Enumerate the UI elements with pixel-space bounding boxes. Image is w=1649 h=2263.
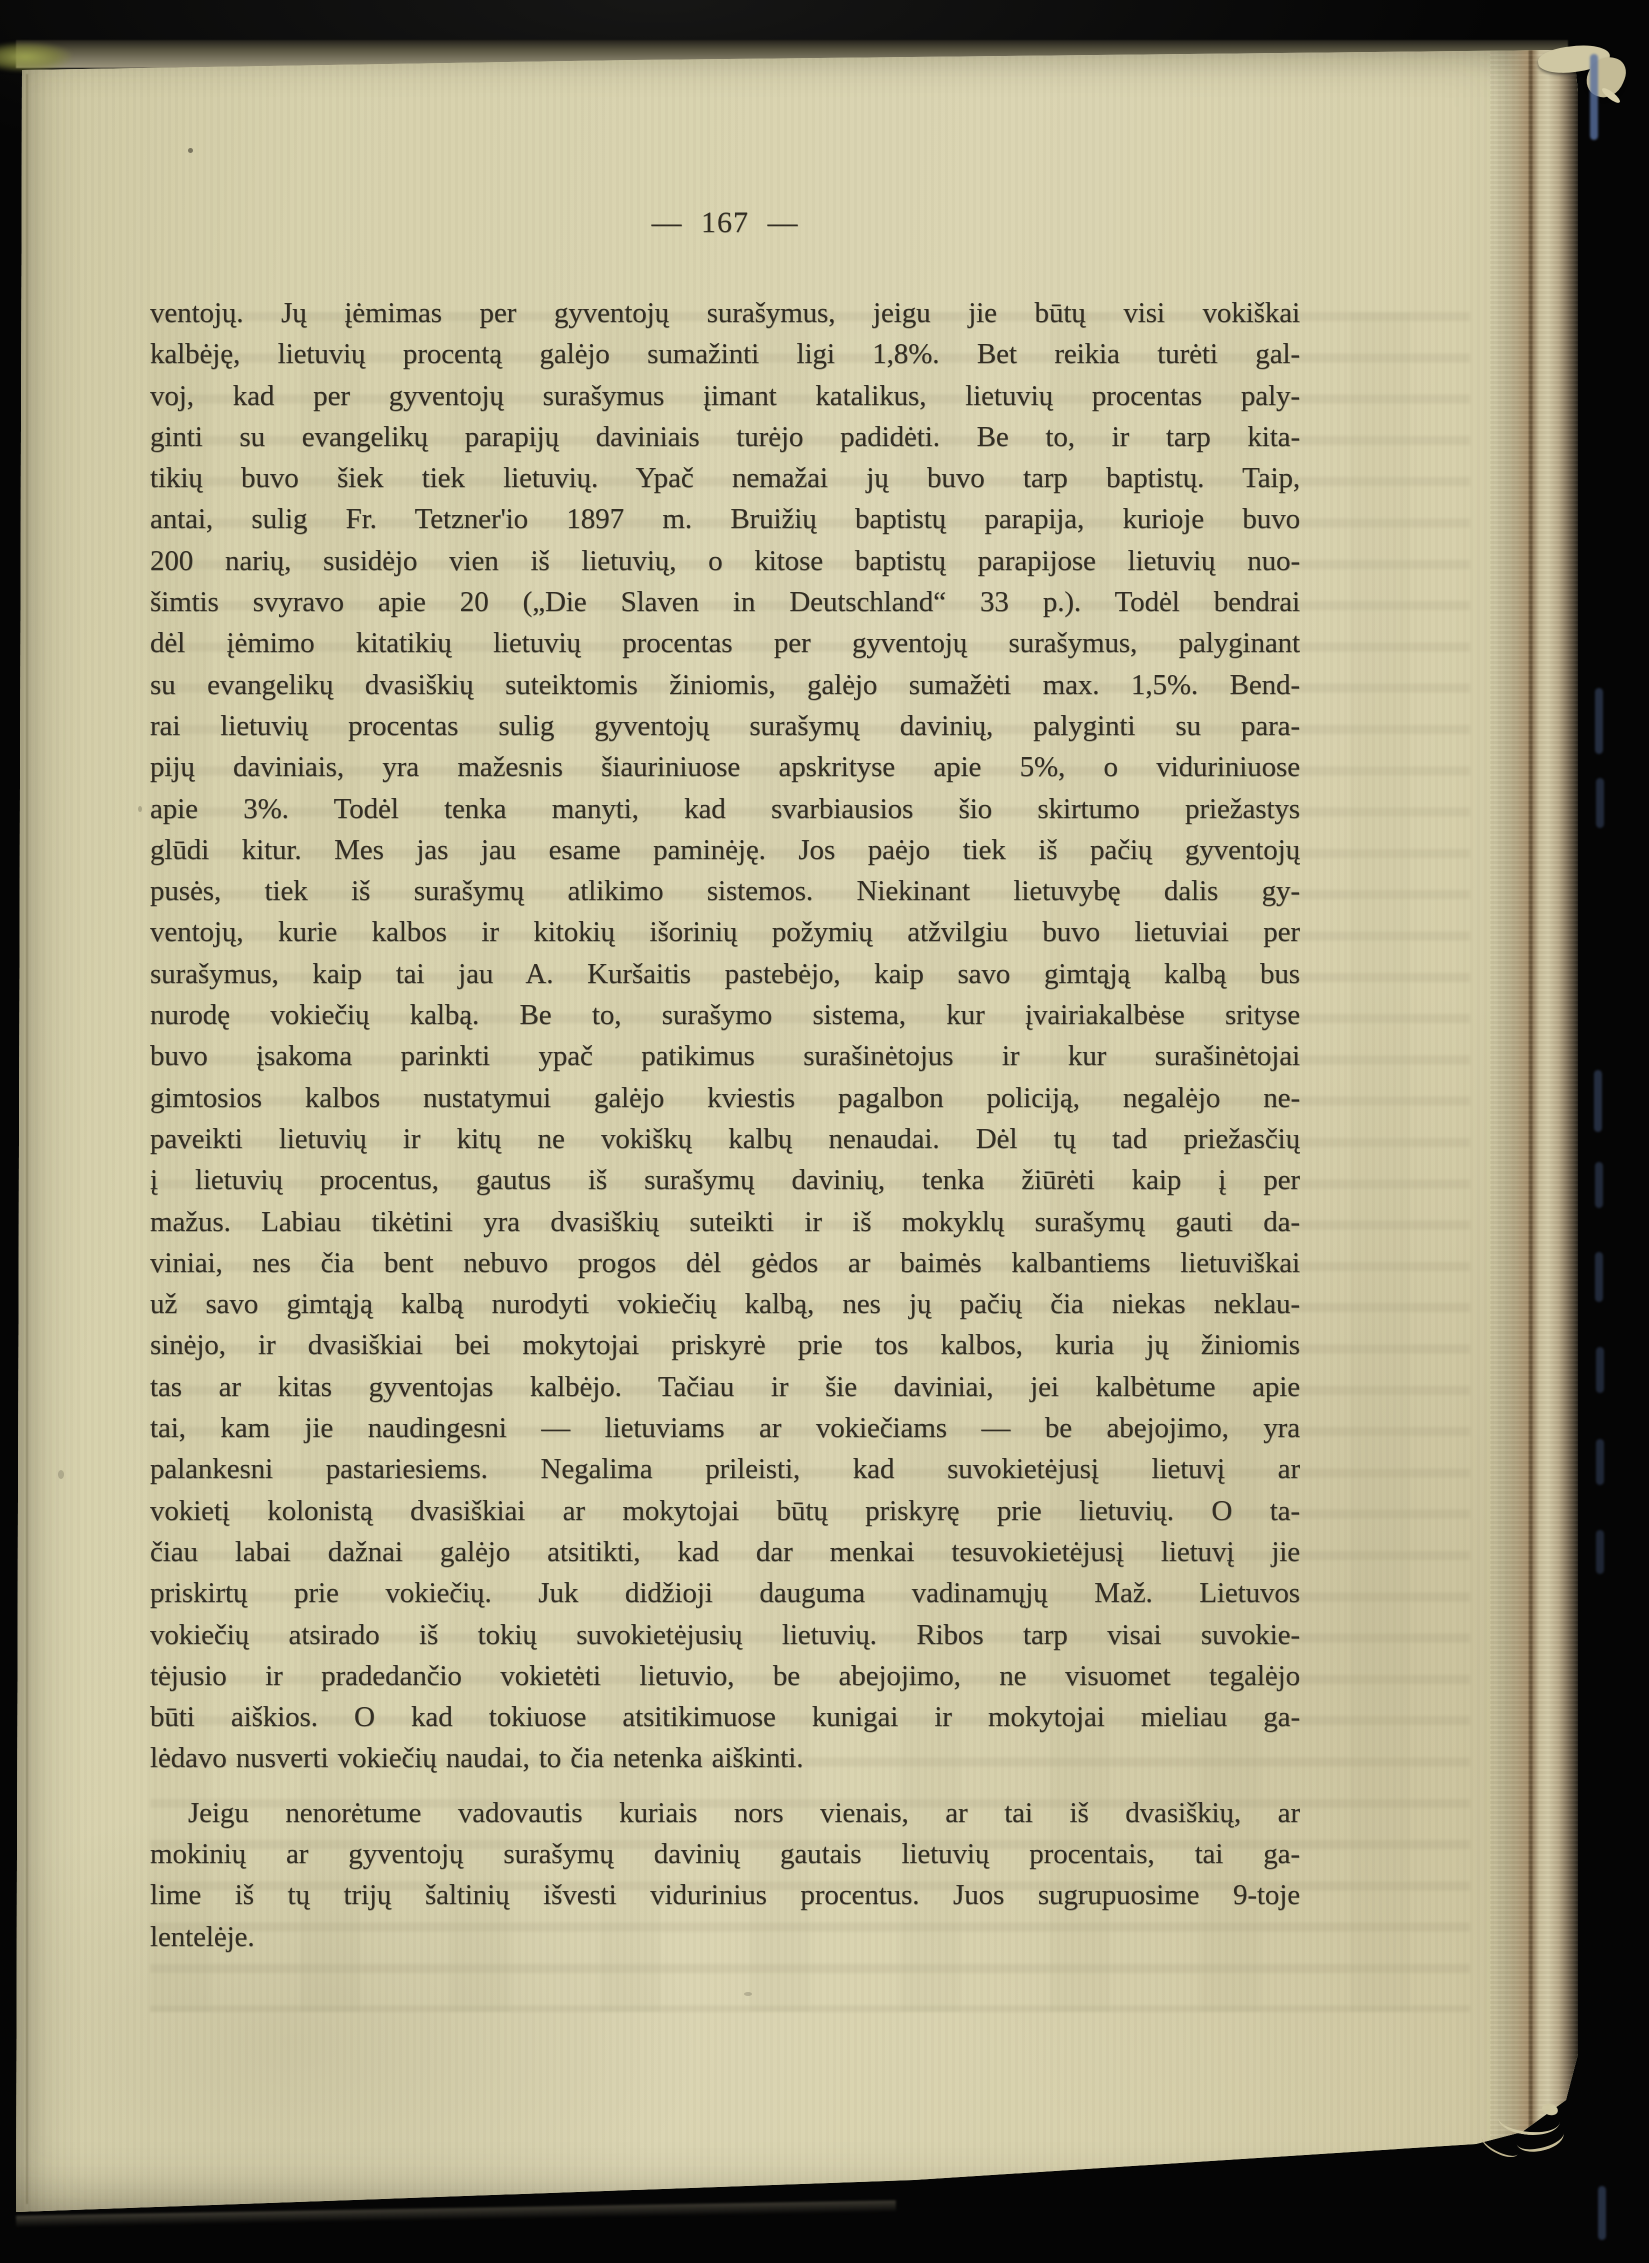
text-line: už savo gimtąją kalbą nurodyti vokiečių …	[150, 1284, 1300, 1325]
text-line: buvo įsakoma parinkti ypač patikimus sur…	[150, 1036, 1300, 1077]
text-line: sinėjo, ir dvasiškiai bei mokytojai pris…	[150, 1325, 1300, 1366]
book-page: — 167 — ventojų. Jų įėmimas per gyventoj…	[14, 44, 1578, 2216]
text-line: Jeigu nenorėtume vadovautis kuriais nors…	[150, 1793, 1300, 1834]
text-line: 200 narių, susidėjo vien iš lietuvių, o …	[150, 541, 1300, 582]
text-line: nurodę vokiečių kalbą. Be to, surašymo s…	[150, 995, 1300, 1036]
text-line: viniai, nes čia bent nebuvo progos dėl g…	[150, 1243, 1300, 1284]
scanned-book-page-photo: — 167 — ventojų. Jų įėmimas per gyventoj…	[0, 0, 1649, 2263]
blue-ink-mark	[1595, 1162, 1603, 1208]
text-line: vokietį kolonistą dvasiškiai ar mokytoja…	[150, 1491, 1300, 1532]
text-line: gimtosios kalbos nustatymui galėjo kvies…	[150, 1078, 1300, 1119]
text-line: lėdavo nusverti vokiečių naudai, to čia …	[150, 1738, 1300, 1779]
paragraph: Jeigu nenorėtume vadovautis kuriais nors…	[150, 1793, 1300, 1958]
blue-ink-mark	[1596, 1530, 1604, 1574]
text-line: vokiečių atsirado iš tokių suvokietėjusi…	[150, 1615, 1300, 1656]
text-line: dėl įėmimo kitatikių lietuvių procentas …	[150, 623, 1300, 664]
text-line: kalbėję, lietuvių procentą galėjo sumaži…	[150, 334, 1300, 375]
text-line: voj, kad per gyventojų surašymus įimant …	[150, 376, 1300, 417]
paper-speck	[188, 148, 193, 153]
paragraph: ventojų. Jų įėmimas per gyventojų surašy…	[150, 293, 1300, 1780]
text-line: ventojų. Jų įėmimas per gyventojų surašy…	[150, 293, 1300, 334]
text-line: glūdi kitur. Mes jas jau esame paminėję.…	[150, 830, 1300, 871]
text-line: paveikti lietuvių ir kitų ne vokiškų kal…	[150, 1119, 1300, 1160]
paper-speck	[744, 1992, 752, 1996]
text-line: ginti su evangelikų parapijų daviniais t…	[150, 417, 1300, 458]
text-line: šimtis svyravo apie 20 („Die Slaven in D…	[150, 582, 1300, 623]
text-line: pusės, tiek iš surašymų atlikimo sistemo…	[150, 871, 1300, 912]
blue-ink-mark	[1596, 778, 1604, 828]
text-line: mokinių ar gyventojų surašymų davinių ga…	[150, 1834, 1300, 1875]
text-line: pijų daviniais, yra mažesnis šiauriniuos…	[150, 747, 1300, 788]
text-line: tas ar kitas gyventojas kalbėjo. Tačiau …	[150, 1367, 1300, 1408]
text-line: tai, kam jie naudingesni — lietuviams ar…	[150, 1408, 1300, 1449]
text-line: surašymus, kaip tai jau A. Kuršaitis pas…	[150, 954, 1300, 995]
text-line: antai, sulig Fr. Tetzner'io 1897 m. Brui…	[150, 499, 1300, 540]
book-fore-edge	[1490, 44, 1578, 2216]
paper-speck	[58, 1470, 64, 1479]
text-line: apie 3%. Todėl tenka manyti, kad svarbia…	[150, 789, 1300, 830]
paper-speck	[138, 806, 142, 812]
blue-ink-mark	[1598, 2186, 1606, 2240]
text-line: lentelėje.	[150, 1917, 1300, 1958]
text-line: tėjusio ir pradedančio vokietėti lietuvi…	[150, 1656, 1300, 1697]
text-line: ventojų, kurie kalbos ir kitokių išorini…	[150, 912, 1300, 953]
text-line: priskirtų prie vokiečių. Juk didžioji da…	[150, 1573, 1300, 1614]
text-line: lime iš tų trijų šaltinių išvesti viduri…	[150, 1875, 1300, 1916]
blue-ink-mark	[1596, 1347, 1604, 1393]
blue-ink-mark	[1590, 54, 1598, 140]
page-number-heading: — 167 —	[652, 206, 799, 239]
blue-ink-mark	[1596, 1439, 1604, 1485]
text-line: mažus. Labiau tikėtini yra dvasiškių sut…	[150, 1202, 1300, 1243]
blue-ink-mark	[1595, 1252, 1603, 1302]
text-block: ventojų. Jų įėmimas per gyventojų surašy…	[150, 293, 1300, 1958]
green-smudge-artifact	[0, 42, 72, 72]
spine-crease-line	[26, 74, 28, 2204]
text-line: į lietuvių procentus, gautus iš surašymų…	[150, 1160, 1300, 1201]
text-line: čiau labai dažnai galėjo atsitikti, kad …	[150, 1532, 1300, 1573]
blue-ink-mark	[1594, 1070, 1602, 1132]
text-line: rai lietuvių procentas sulig gyventojų s…	[150, 706, 1300, 747]
text-line: palankesni pastariesiems. Negalima prile…	[150, 1449, 1300, 1490]
text-line: su evangelikų dvasiškių suteiktomis žini…	[150, 665, 1300, 706]
text-line: tikių buvo šiek tiek lietuvių. Ypač nema…	[150, 458, 1300, 499]
text-line: būti aiškios. O kad tokiuose atsitikimuo…	[150, 1697, 1300, 1738]
page-header: — 167 —	[150, 206, 1300, 240]
blue-ink-mark	[1595, 688, 1603, 754]
